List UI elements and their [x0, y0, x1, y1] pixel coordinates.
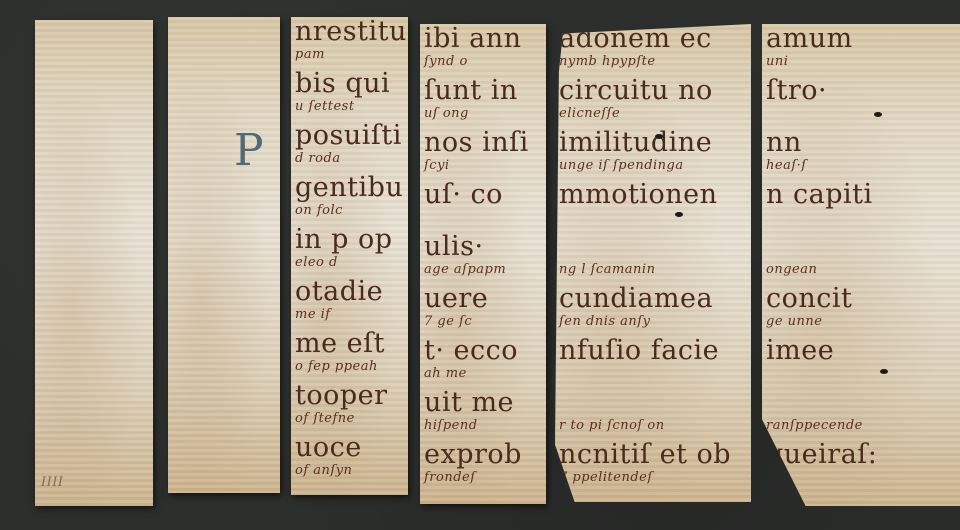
old-english-gloss: ongean [766, 262, 960, 277]
old-english-gloss: ng l ſcamanin [559, 262, 751, 277]
latin-text-line: bis qui [295, 69, 408, 99]
latin-text-line: nn [766, 128, 960, 158]
old-english-gloss: age aſpapm [424, 262, 546, 277]
latin-text-line: uſ· co [424, 180, 546, 210]
old-english-gloss: ah me [424, 366, 546, 381]
parchment-strip-5: adonem ecnymb hpypſtecircuitu noelicneſſ… [555, 24, 751, 502]
latin-text-line: me eſt [295, 329, 408, 359]
old-english-gloss: nymb hpypſte [559, 54, 751, 69]
parchment-hole [880, 369, 888, 374]
latin-text-line: ncnitiſ et ob [559, 440, 751, 470]
parchment-strip-1: IIII [35, 20, 153, 506]
latin-text-line: imilitudine [559, 128, 751, 158]
old-english-gloss: on folc [295, 203, 408, 218]
old-english-gloss: ranſppecende [766, 418, 960, 433]
latin-text-line: mmotionen [559, 180, 751, 210]
parchment-hole [675, 212, 683, 217]
latin-text-line: imee [766, 336, 960, 366]
old-english-gloss: of ſtefne [295, 411, 408, 426]
latin-text-line: ſtro· [766, 76, 960, 106]
latin-text-line: concit [766, 284, 960, 314]
old-english-gloss: ge unne [766, 314, 960, 329]
latin-text-line: tooper [295, 381, 408, 411]
latin-text-line: posuiſti [295, 121, 408, 151]
latin-text-line: nfuſio facie [559, 336, 751, 366]
old-english-gloss: o fep ppeah [295, 359, 408, 374]
old-english-gloss: ſcyi [424, 158, 546, 173]
parchment-hole [874, 112, 882, 117]
latin-text-line: ulis· [424, 232, 546, 262]
latin-text-line: amum [766, 24, 960, 54]
parchment-strip-2: P [168, 17, 280, 493]
old-english-gloss: hiſpend [424, 418, 546, 433]
latin-text-line: ibi ann [424, 24, 546, 54]
latin-text-line: uit me [424, 388, 546, 418]
latin-text-line: uoce [295, 433, 408, 463]
parchment-strip-4: ibi annſynd oſunt inuſ ongnos inſiſcyiuſ… [420, 24, 546, 504]
parchment-strip-6: amumuniſtro·nnheaſ·ſn capitiongeanconcit… [762, 24, 960, 506]
latin-text-line: otadie [295, 277, 408, 307]
latin-text-line: ſunt in [424, 76, 546, 106]
old-english-gloss: pam [295, 47, 408, 62]
latin-text-line: in p op [295, 225, 408, 255]
old-english-gloss: u ſettest [295, 99, 408, 114]
old-english-gloss: uni [766, 54, 960, 69]
old-english-gloss: heaſ·ſ [766, 158, 960, 173]
old-english-gloss: eleo d [295, 255, 408, 270]
latin-text-line: circuitu no [559, 76, 751, 106]
old-english-gloss: uſ ong [424, 106, 546, 121]
old-english-gloss: frondeſ [424, 470, 546, 485]
latin-text-line: exprob [424, 440, 546, 470]
latin-text-line: t· ecco [424, 336, 546, 366]
old-english-gloss: ſynd o [424, 54, 546, 69]
strip-1-marks: IIII [41, 475, 153, 490]
decorated-initial-p: P [234, 125, 264, 176]
latin-text-line: queiraſ: [766, 440, 960, 470]
old-english-gloss: r to pi ſcnoſ on [559, 418, 751, 433]
latin-text-line: uere [424, 284, 546, 314]
latin-text-line: cundiamea [559, 284, 751, 314]
old-english-gloss: elicneſſe [559, 106, 751, 121]
parchment-hole [655, 134, 663, 139]
old-english-gloss: of anſyn [295, 463, 408, 478]
latin-text-line: nrestitu [295, 17, 408, 47]
old-english-gloss: d roda [295, 151, 408, 166]
old-english-gloss: unge iſ ſpendinga [559, 158, 751, 173]
parchment-strip-3: nrestitupambis quiu ſettestposuiſtid rod… [291, 17, 408, 495]
old-english-gloss: 7 ge ſc [424, 314, 546, 329]
latin-text-line: nos inſi [424, 128, 546, 158]
old-english-gloss: me if [295, 307, 408, 322]
latin-text-line: n capiti [766, 180, 960, 210]
old-english-gloss: 7 ppelitendeſ [559, 470, 751, 485]
latin-text-line: gentibu [295, 173, 408, 203]
old-english-gloss: ſen dnis anſy [559, 314, 751, 329]
